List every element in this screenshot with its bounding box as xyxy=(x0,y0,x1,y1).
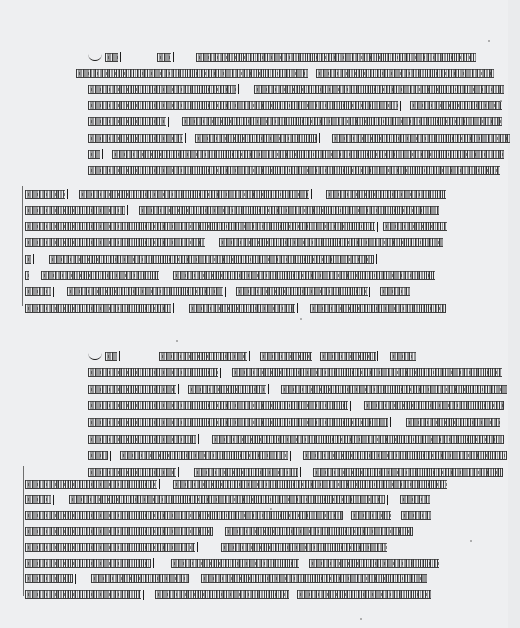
manuscript-line xyxy=(25,204,439,216)
script-phrase xyxy=(25,574,73,583)
manuscript-line xyxy=(88,164,500,176)
manuscript-line xyxy=(88,416,500,428)
shad-mark xyxy=(376,254,377,264)
script-phrase xyxy=(188,385,266,394)
script-phrase xyxy=(309,559,439,568)
script-phrase xyxy=(25,511,343,520)
script-phrase xyxy=(88,435,196,444)
script-phrase xyxy=(112,150,504,159)
script-phrase xyxy=(88,85,236,94)
shad-mark xyxy=(110,451,111,461)
script-phrase xyxy=(196,53,476,62)
manuscript-line xyxy=(25,237,443,249)
script-phrase xyxy=(219,238,443,247)
shad-mark xyxy=(319,133,320,143)
script-phrase xyxy=(25,206,125,215)
scan-speck xyxy=(300,318,302,320)
script-phrase xyxy=(88,418,388,427)
script-phrase xyxy=(236,287,368,296)
scan-speck xyxy=(470,540,472,542)
manuscript-line xyxy=(88,400,504,412)
script-phrase xyxy=(254,85,504,94)
shad-mark xyxy=(185,133,186,143)
script-phrase xyxy=(212,435,504,444)
script-phrase xyxy=(320,352,376,361)
shad-mark xyxy=(173,52,174,62)
script-phrase xyxy=(221,543,387,552)
scan-speck xyxy=(500,100,502,102)
script-phrase xyxy=(88,451,108,460)
script-phrase xyxy=(88,117,166,126)
script-phrase xyxy=(303,451,507,460)
shad-mark xyxy=(387,495,388,505)
script-phrase xyxy=(326,190,446,199)
script-phrase xyxy=(91,574,189,583)
script-phrase xyxy=(364,401,504,410)
shad-mark xyxy=(377,351,378,361)
script-phrase xyxy=(25,590,141,599)
shad-mark xyxy=(178,467,179,477)
script-phrase xyxy=(410,101,502,110)
shad-mark xyxy=(390,417,391,427)
shad-mark xyxy=(159,479,160,489)
script-phrase xyxy=(25,304,171,313)
margin-rule xyxy=(22,186,23,306)
script-phrase xyxy=(88,468,176,477)
script-phrase xyxy=(313,468,503,477)
script-phrase xyxy=(401,511,431,520)
script-phrase xyxy=(225,527,413,536)
script-phrase xyxy=(25,480,157,489)
manuscript-line xyxy=(25,494,430,506)
shad-mark xyxy=(67,189,68,199)
script-phrase xyxy=(25,238,205,247)
script-phrase xyxy=(332,134,510,143)
margin-rule xyxy=(23,466,24,596)
script-phrase xyxy=(316,69,494,78)
script-phrase xyxy=(88,134,183,143)
script-phrase xyxy=(157,53,171,62)
shad-mark xyxy=(377,222,378,232)
manuscript-line xyxy=(88,116,502,128)
manuscript-line xyxy=(25,188,446,200)
script-phrase xyxy=(105,53,118,62)
shad-mark xyxy=(197,542,198,552)
script-phrase xyxy=(310,304,446,313)
script-phrase xyxy=(88,166,500,175)
script-phrase xyxy=(171,559,299,568)
manuscript-page xyxy=(0,0,508,628)
manuscript-line xyxy=(88,367,502,379)
script-phrase xyxy=(25,190,65,199)
shad-mark xyxy=(75,574,76,584)
script-phrase xyxy=(189,304,295,313)
script-phrase xyxy=(88,385,176,394)
script-phrase xyxy=(105,352,117,361)
manuscript-line xyxy=(88,433,504,445)
shad-mark xyxy=(290,451,291,461)
yig-mgo-mark xyxy=(88,54,102,60)
manuscript-line xyxy=(88,132,510,144)
shad-mark xyxy=(198,434,199,444)
shad-mark xyxy=(173,303,174,313)
script-phrase xyxy=(406,418,500,427)
script-phrase xyxy=(297,590,431,599)
script-phrase xyxy=(25,543,195,552)
manuscript-line xyxy=(88,100,502,112)
shad-mark xyxy=(311,189,312,199)
shad-mark xyxy=(153,558,154,568)
manuscript-line xyxy=(25,478,447,490)
shad-mark xyxy=(53,287,54,297)
manuscript-line xyxy=(88,350,416,362)
shad-mark xyxy=(53,495,54,505)
script-phrase xyxy=(88,368,218,377)
script-phrase xyxy=(260,352,312,361)
manuscript-line xyxy=(25,541,387,553)
script-phrase xyxy=(25,255,31,264)
script-phrase xyxy=(69,495,385,504)
script-phrase xyxy=(201,574,427,583)
manuscript-line xyxy=(25,589,431,601)
scan-speck xyxy=(360,618,362,620)
script-phrase xyxy=(79,190,309,199)
shad-mark xyxy=(143,590,144,600)
shad-mark xyxy=(168,117,169,127)
shad-mark xyxy=(220,368,221,378)
manuscript-line xyxy=(88,148,504,160)
script-phrase xyxy=(25,495,51,504)
shad-mark xyxy=(297,303,298,313)
script-phrase xyxy=(25,222,375,231)
scan-speck xyxy=(270,508,272,510)
script-phrase xyxy=(195,134,317,143)
shad-mark xyxy=(300,467,301,477)
script-phrase xyxy=(25,559,151,568)
script-phrase xyxy=(182,117,502,126)
manuscript-line xyxy=(88,466,503,478)
shad-mark xyxy=(400,101,401,111)
script-phrase xyxy=(49,255,374,264)
shad-mark xyxy=(369,287,370,297)
shad-mark xyxy=(127,205,128,215)
manuscript-line xyxy=(88,83,504,95)
shad-mark xyxy=(119,351,120,361)
scan-speck xyxy=(176,340,178,342)
script-phrase xyxy=(155,590,289,599)
script-phrase xyxy=(25,271,29,280)
shad-mark xyxy=(268,384,269,394)
manuscript-line xyxy=(88,450,507,462)
manuscript-line xyxy=(25,510,431,522)
manuscript-line xyxy=(88,51,476,63)
script-phrase xyxy=(159,352,247,361)
script-phrase xyxy=(120,451,288,460)
manuscript-line xyxy=(25,573,427,585)
script-phrase xyxy=(25,527,213,536)
script-phrase xyxy=(351,511,391,520)
script-phrase xyxy=(88,401,348,410)
script-phrase xyxy=(194,468,298,477)
script-phrase xyxy=(41,271,159,280)
script-phrase xyxy=(232,368,502,377)
script-phrase xyxy=(67,287,223,296)
script-phrase xyxy=(25,287,51,296)
manuscript-line xyxy=(25,253,379,265)
manuscript-line xyxy=(25,221,447,233)
shad-mark xyxy=(33,254,34,264)
script-phrase xyxy=(76,69,308,78)
script-phrase xyxy=(88,150,100,159)
manuscript-line xyxy=(25,286,410,298)
manuscript-line xyxy=(25,525,413,537)
shad-mark xyxy=(120,52,121,62)
script-phrase xyxy=(390,352,416,361)
scan-speck xyxy=(488,40,490,42)
script-phrase xyxy=(173,480,447,489)
manuscript-line xyxy=(25,270,435,282)
shad-mark xyxy=(350,401,351,411)
shad-mark xyxy=(249,351,250,361)
shad-mark xyxy=(102,149,103,159)
script-phrase xyxy=(173,271,435,280)
manuscript-line xyxy=(88,383,507,395)
manuscript-line xyxy=(25,557,439,569)
script-phrase xyxy=(400,495,430,504)
manuscript-line xyxy=(76,67,494,79)
script-phrase xyxy=(383,222,447,231)
script-phrase xyxy=(281,385,507,394)
shad-mark xyxy=(238,84,239,94)
script-phrase xyxy=(139,206,439,215)
shad-mark xyxy=(225,287,226,297)
script-phrase xyxy=(380,287,410,296)
shad-mark xyxy=(178,384,179,394)
script-phrase xyxy=(88,101,398,110)
yig-mgo-mark xyxy=(88,353,102,359)
manuscript-line xyxy=(25,302,446,314)
